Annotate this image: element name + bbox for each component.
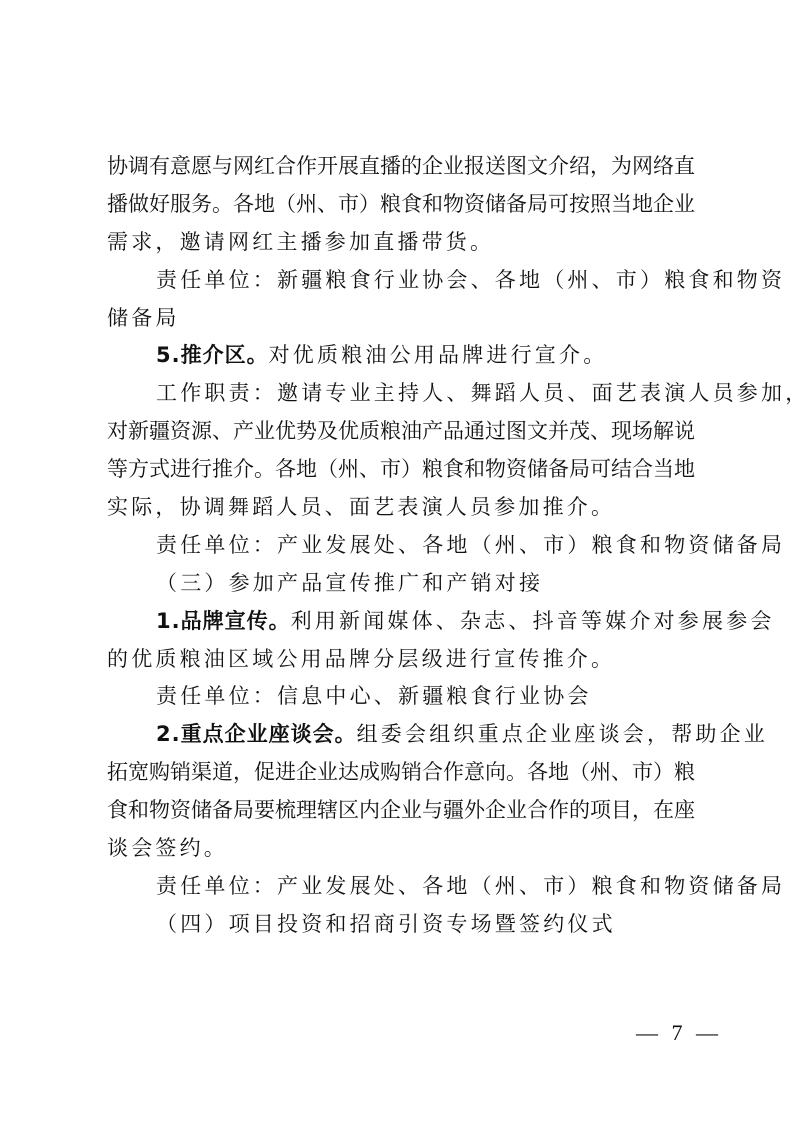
document-page: 协调有意愿与网红合作开展直播的企业报送图文介绍，为网络直 播做好服务。各地（州、…	[0, 0, 793, 1122]
section-heading-4: （四）项目投资和招商引资专场暨签约仪式	[107, 906, 697, 944]
paragraph-line: 拓宽购销渠道，促进企业达成购销合作意向。各地（州、市）粮	[107, 754, 693, 792]
paragraph-line: 协调有意愿与网红合作开展直播的企业报送图文介绍，为网络直	[107, 148, 693, 186]
responsible-unit-line: 责任单位：信息中心、新疆粮食行业协会	[107, 678, 697, 716]
item-title: 1.品牌宣传。	[156, 609, 291, 633]
responsible-unit-line: 责任单位：新疆粮食行业协会、各地（州、市）粮食和物资	[107, 262, 697, 300]
item-heading-key-enterprise-forum: 2.重点企业座谈会。组委会组织重点企业座谈会，帮助企业	[107, 716, 697, 754]
item-text: 利用新闻媒体、杂志、抖音等媒介对参展参会	[291, 609, 775, 633]
paragraph-line: 播做好服务。各地（州、市）粮食和物资储备局可按照当地企业	[107, 186, 693, 224]
item-heading-brand-promotion: 1.品牌宣传。利用新闻媒体、杂志、抖音等媒介对参展参会	[107, 603, 697, 641]
responsible-unit-line: 责任单位：产业发展处、各地（州、市）粮食和物资储备局	[107, 527, 697, 565]
paragraph-line: 食和物资储备局要梳理辖区内企业与疆外企业合作的项目，在座	[107, 792, 693, 830]
page-number: — 7 —	[636, 1020, 722, 1046]
section-heading-3: （三）参加产品宣传推广和产销对接	[107, 565, 697, 603]
document-body: 协调有意愿与网红合作开展直播的企业报送图文介绍，为网络直 播做好服务。各地（州、…	[107, 148, 697, 944]
item-text: 组委会组织重点企业座谈会，帮助企业	[357, 722, 768, 746]
paragraph-line: 谈会签约。	[107, 830, 697, 868]
item-heading-promotion-zone: 5.推介区。对优质粮油公用品牌进行宣介。	[107, 337, 697, 375]
paragraph-line: 需求，邀请网红主播参加直播带货。	[107, 224, 697, 262]
responsible-unit-line: 责任单位：产业发展处、各地（州、市）粮食和物资储备局	[107, 868, 697, 906]
paragraph-line: 工作职责：邀请专业主持人、舞蹈人员、面艺表演人员参加，	[107, 375, 697, 413]
paragraph-line: 实际，协调舞蹈人员、面艺表演人员参加推介。	[107, 489, 697, 527]
item-text: 对优质粮油公用品牌进行宣介。	[269, 343, 608, 367]
paragraph-line: 等方式进行推介。各地（州、市）粮食和物资储备局可结合当地	[107, 451, 693, 489]
item-title: 5.推介区。	[156, 343, 269, 367]
paragraph-line: 储备局	[107, 300, 697, 338]
item-title: 2.重点企业座谈会。	[156, 722, 357, 746]
paragraph-line: 的优质粮油区域公用品牌分层级进行宣传推介。	[107, 641, 697, 679]
paragraph-line: 对新疆资源、产业优势及优质粮油产品通过图文并茂、现场解说	[107, 413, 693, 451]
